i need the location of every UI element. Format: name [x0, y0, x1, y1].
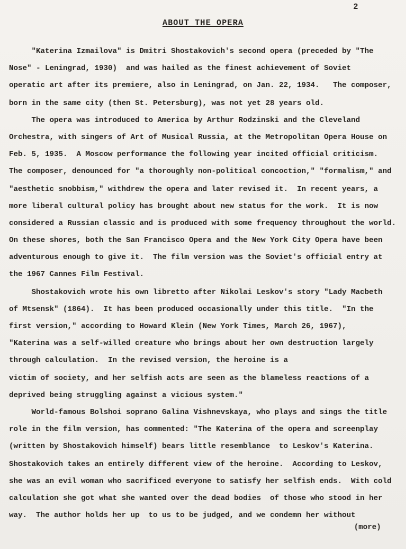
text-line: The composer, denounced for "a thoroughl… — [9, 164, 404, 181]
text-line: of Mtsensk" (1864). It has been produced… — [9, 302, 404, 319]
text-line: first version," according to Howard Klei… — [9, 319, 404, 336]
text-line: Shostakovich wrote his own libretto afte… — [9, 285, 404, 302]
text-line: "Katerina was a self-willed creature who… — [9, 336, 404, 353]
text-line: victim of society, and her selfish acts … — [9, 371, 404, 388]
text-line: through calculation. In the revised vers… — [9, 353, 404, 370]
page-title: ABOUT THE OPERA — [0, 19, 406, 28]
text-line: Nose" - Leningrad, 1930) and was hailed … — [9, 61, 404, 78]
text-line: Feb. 5, 1935. A Moscow performance the f… — [9, 147, 404, 164]
text-line: The opera was introduced to America by A… — [9, 113, 404, 130]
text-line: World-famous Bolshoi soprano Galina Vish… — [9, 405, 404, 422]
text-line: "aesthetic snobbism," withdrew the opera… — [9, 182, 404, 199]
text-line: (written by Shostakovich himself) bears … — [9, 439, 404, 456]
text-line: operatic art after its premiere, also in… — [9, 78, 404, 95]
text-line: Orchestra, with singers of Art of Musica… — [9, 130, 404, 147]
more-note: (more) — [0, 523, 381, 533]
text-line: calculation she got what she wanted over… — [9, 491, 404, 508]
document-page: 2 ABOUT THE OPERA "Katerina Izmailova" i… — [0, 0, 406, 549]
text-line: born in the same city (then St. Petersbu… — [9, 96, 404, 113]
text-line: more liberal cultural policy has brought… — [9, 199, 404, 216]
text-line: "Katerina Izmailova" is Dmitri Shostakov… — [9, 44, 404, 61]
page-number: 2 — [353, 3, 358, 13]
text-line: the 1967 Cannes Film Festival. — [9, 267, 404, 284]
text-line: considered a Russian classic and is prod… — [9, 216, 404, 233]
text-line: On these shores, both the San Francisco … — [9, 233, 404, 250]
text-line: she was an evil woman who sacrificed eve… — [9, 474, 404, 491]
text-line: deprived being struggling against a vici… — [9, 388, 404, 405]
text-line: adventurous enough to give it. The film … — [9, 250, 404, 267]
text-line: role in the film version, has commented:… — [9, 422, 404, 439]
document-body: "Katerina Izmailova" is Dmitri Shostakov… — [9, 44, 404, 525]
text-line: Shostakovich takes an entirely different… — [9, 457, 404, 474]
